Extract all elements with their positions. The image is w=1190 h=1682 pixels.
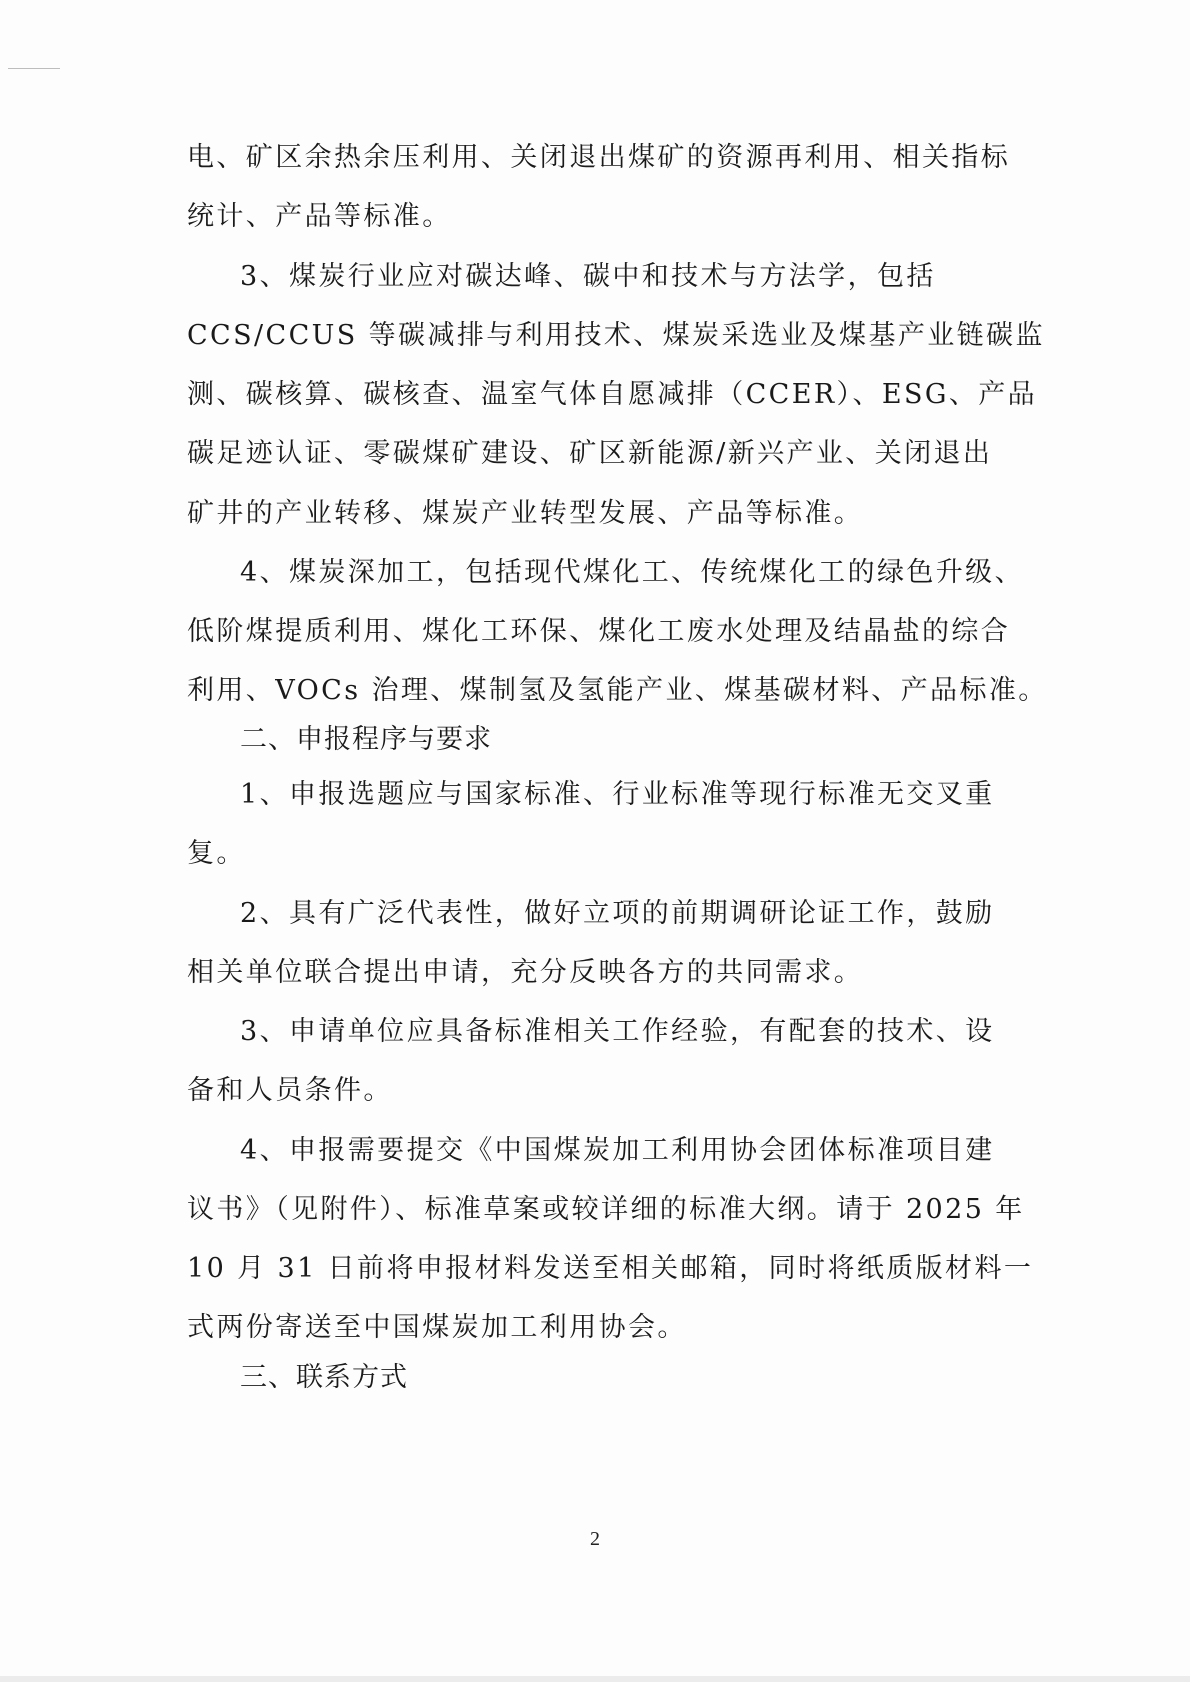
paragraph-line: 3、煤炭行业应对碳达峰、碳中和技术与方法学，包括 xyxy=(240,259,936,295)
paragraph-line: 测、碳核算、碳核查、温室气体自愿减排（CCER）、ESG、产品 xyxy=(187,377,1037,413)
paragraph-line: 碳足迹认证、零碳煤矿建设、矿区新能源/新兴产业、关闭退出 xyxy=(187,436,992,472)
paragraph-line: 电、矿区余热余压利用、关闭退出煤矿的资源再利用、相关指标 xyxy=(187,140,1010,176)
paragraph-line: 相关单位联合提出申请，充分反映各方的共同需求。 xyxy=(187,955,863,991)
paragraph-line: 1、申报选题应与国家标准、行业标准等现行标准无交叉重 xyxy=(240,777,995,813)
paragraph-line: 3、申请单位应具备标准相关工作经验，有配套的技术、设 xyxy=(240,1014,995,1050)
scan-mark xyxy=(8,68,60,69)
paragraph-line: 2、具有广泛代表性，做好立项的前期调研论证工作，鼓励 xyxy=(240,896,995,932)
paragraph-line: 低阶煤提质利用、煤化工环保、煤化工废水处理及结晶盐的综合 xyxy=(187,614,1010,650)
scan-bottom-edge xyxy=(0,1676,1190,1682)
paragraph-line: 式两份寄送至中国煤炭加工利用协会。 xyxy=(187,1310,687,1346)
paragraph-line: 议书》（见附件）、标准草案或较详细的标准大纲。请于 2025 年 xyxy=(187,1192,1025,1228)
paragraph-line: 利用、VOCs 治理、煤制氢及氢能产业、煤基碳材料、产品标准。 xyxy=(187,673,1048,709)
paragraph-line: 4、煤炭深加工，包括现代煤化工、传统煤化工的绿色升级、 xyxy=(240,555,1024,591)
paragraph-line: 复。 xyxy=(187,836,246,872)
paragraph-line: 4、申报需要提交《中国煤炭加工利用协会团体标准项目建 xyxy=(240,1133,995,1169)
page-number: 2 xyxy=(0,1528,1190,1551)
section-heading-3: 三、联系方式 xyxy=(240,1360,408,1396)
section-heading-2: 二、申报程序与要求 xyxy=(240,722,492,758)
document-page: 电、矿区余热余压利用、关闭退出煤矿的资源再利用、相关指标 统计、产品等标准。 3… xyxy=(0,0,1190,1682)
paragraph-line: 10 月 31 日前将申报材料发送至相关邮箱，同时将纸质版材料一 xyxy=(187,1251,1033,1287)
paragraph-line: CCS/CCUS 等碳减排与利用技术、煤炭采选业及煤基产业链碳监 xyxy=(187,318,1045,354)
paragraph-line: 统计、产品等标准。 xyxy=(187,199,452,235)
paragraph-line: 备和人员条件。 xyxy=(187,1073,393,1109)
paragraph-line: 矿井的产业转移、煤炭产业转型发展、产品等标准。 xyxy=(187,496,863,532)
